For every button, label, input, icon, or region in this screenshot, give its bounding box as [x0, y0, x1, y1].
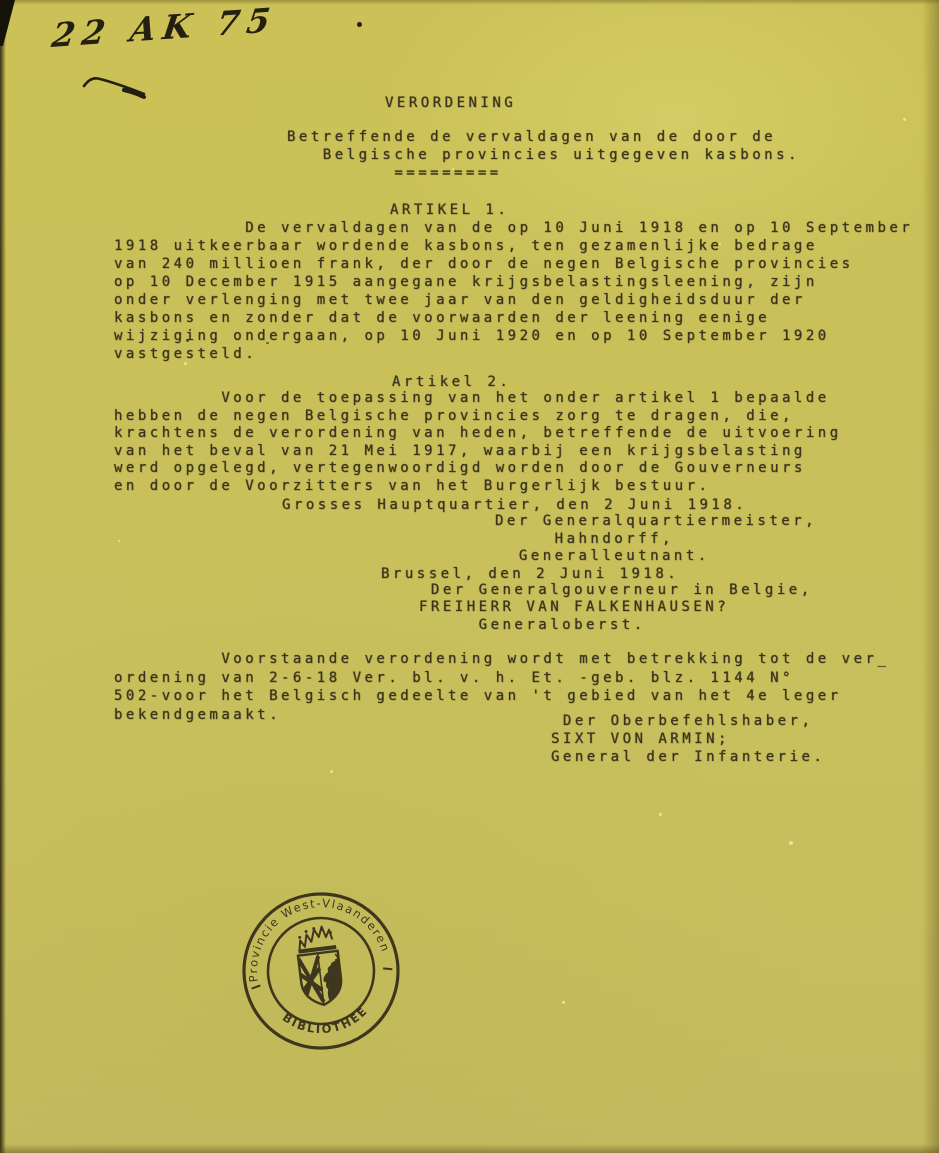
paper-speck — [118, 540, 120, 542]
article-2-heading: Artikel 2. — [392, 373, 511, 391]
ink-smudge — [78, 70, 168, 104]
paper-speck — [789, 841, 793, 845]
paper-speck — [903, 118, 906, 121]
signature-generalquartiermeister: Der Generalquartiermeister, Hahndorff, G… — [495, 513, 817, 566]
ink-dot — [357, 22, 362, 27]
paper-edge-bottom — [0, 1144, 939, 1153]
photo-corner-shadow — [0, 0, 15, 46]
library-stamp: Provincie West-Vlaanderen BIBLIOTHEEK — [224, 874, 418, 1068]
document-title: VERORDENING — [385, 94, 516, 112]
stamp-crown — [296, 925, 337, 954]
signature-oberbefehlshaber: Der Oberbefehlshaber, SIXT VON ARMIN; Ge… — [551, 712, 825, 767]
dateline-brussel: Brussel, den 2 Juni 1918. — [381, 565, 679, 583]
article-2-body: Voor de toepassing van het onder artikel… — [114, 390, 842, 496]
dateline-hauptquartier: Grosses Hauptquartier, den 2 Juni 1918. — [282, 496, 747, 514]
stamp-lion — [321, 958, 351, 1002]
paper-speck — [562, 1001, 565, 1004]
paper-speck — [659, 813, 662, 816]
paper-edge-top — [0, 0, 939, 5]
document-scan: 22 AK 75 VERORDENING Betreffende de verv… — [0, 0, 939, 1153]
article-1-heading: ARTIKEL 1. — [390, 201, 509, 219]
signature-generalgouverneur: Der Generalgouverneur in Belgie, FREIHER… — [419, 582, 813, 634]
paper-edge-right — [922, 0, 939, 1153]
archival-mark: 22 AK 75 — [49, 0, 279, 55]
paper-edge-left — [0, 0, 6, 1153]
paper-speck — [330, 770, 333, 773]
document-subtitle: Betreffende de vervaldagen van de door d… — [287, 128, 800, 182]
ink-dot — [139, 94, 144, 98]
article-1-body: De vervaldagen van de op 10 Juni 1918 en… — [114, 219, 913, 363]
stamp-coat-of-arms — [295, 924, 351, 1008]
